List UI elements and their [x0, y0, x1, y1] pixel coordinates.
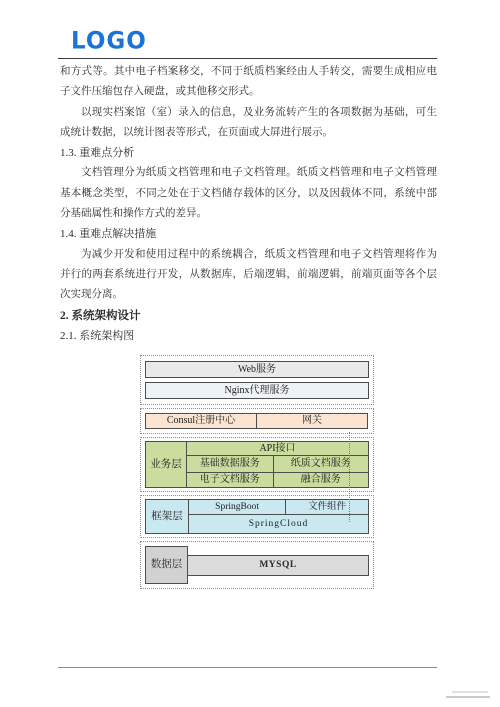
framework-layer-group: 框架层 SpringBoot 文件组件 SpringCloud	[140, 495, 374, 538]
body-paragraph: 和方式等。其中电子档案移交，不同于纸质档案经由人手转交，需要生成相应电子文件压缩…	[60, 62, 437, 103]
section-heading-1-3: 1.3. 重难点分析	[60, 143, 437, 163]
data-layer-label: 数据层	[145, 546, 188, 584]
business-layer-label: 业务层	[146, 442, 186, 487]
system-architecture-diagram: Web服务 Nginx代理服务 Consul注册中心 网关 业务层 API接口 …	[140, 355, 374, 589]
body-paragraph: 文档管理分为纸质文档管理和电子文档管理。纸质文档管理和电子文档管理基本概念类型，…	[60, 163, 437, 224]
framework-layer-label: 框架层	[146, 500, 188, 533]
footer-rule	[58, 667, 437, 668]
springcloud-box: SpringCloud	[189, 515, 368, 533]
logo: LOGO	[71, 27, 147, 54]
consul-registry-box: Consul注册中心	[145, 413, 257, 429]
data-layer-group: 数据层 MYSQL	[140, 541, 374, 589]
mysql-box: MYSQL	[187, 555, 369, 576]
file-component-box: 文件组件	[286, 500, 368, 514]
fusion-service-box: 融合服务	[274, 473, 368, 487]
body-paragraph: 为减少开发和使用过程中的系统耦合，纸质文档管理和电子文档管理将作为并行的两套系统…	[60, 245, 437, 306]
body-paragraph: 以现实档案馆（室）录入的信息，及业务流转产生的各项数据为基础，可生成统计数据，以…	[60, 103, 437, 144]
gateway-box: 网关	[256, 413, 368, 429]
watermark	[446, 691, 490, 698]
section-heading-2-1: 2.1. 系统架构图	[60, 326, 437, 346]
springboot-box: SpringBoot	[189, 500, 285, 514]
page-header: LOGO	[58, 28, 437, 59]
section-heading-1-4: 1.4. 重难点解决措施	[60, 224, 437, 244]
business-layer-group: 业务层 API接口 基础数据服务 纸质文档服务 电子文档服务 融合服务	[140, 437, 374, 492]
document-body: 和方式等。其中电子档案移交，不同于纸质档案经由人手转交，需要生成相应电子文件压缩…	[60, 62, 437, 592]
document-page: LOGO 和方式等。其中电子档案移交，不同于纸质档案经由人手转交，需要生成相应电…	[0, 0, 500, 707]
web-service-box: Web服务	[145, 361, 369, 378]
electronic-document-service-box: 电子文档服务	[187, 473, 273, 487]
section-heading-2: 2. 系统架构设计	[60, 306, 437, 326]
nginx-proxy-box: Nginx代理服务	[145, 382, 369, 399]
web-layer-group: Web服务 Nginx代理服务	[140, 355, 374, 405]
gateway-layer-group: Consul注册中心 网关	[140, 408, 374, 434]
